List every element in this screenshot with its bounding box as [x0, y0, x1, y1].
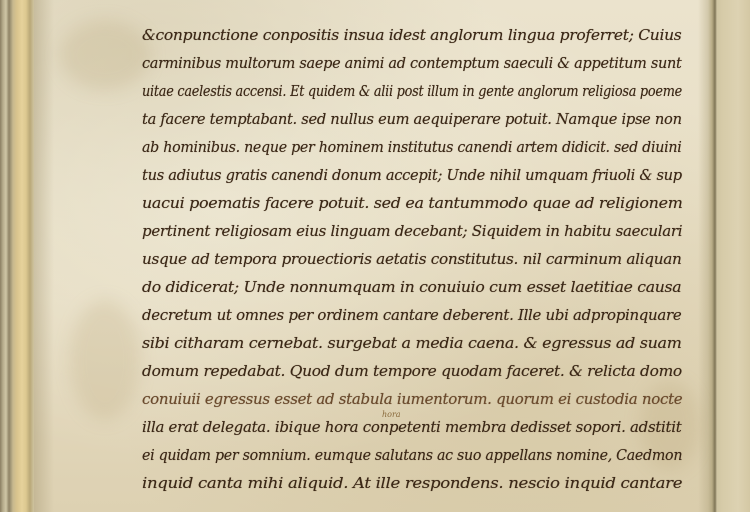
- right-page-gutter: [698, 0, 750, 512]
- manuscript-line: conuiuii egressus esset ad stabula iumen…: [142, 390, 682, 408]
- parchment-stain: [60, 20, 150, 90]
- manuscript-line: illa erat delegata. ibique hora conpeten…: [142, 418, 681, 436]
- manuscript-line: decretum ut omnes per ordinem cantare de…: [142, 306, 681, 324]
- manuscript-line: usque ad tempora prouectioris aetatis co…: [142, 250, 682, 268]
- left-binding-edge: [0, 0, 34, 512]
- manuscript-line: ta facere temptabant. sed nullus eum aeq…: [142, 110, 682, 128]
- manuscript-line: &conpunctione conpositis insua idest ang…: [142, 26, 681, 44]
- manuscript-line: inquid canta mihi aliquid. At ille respo…: [142, 474, 682, 492]
- manuscript-line: pertinent religiosam eius linguam deceba…: [142, 222, 682, 240]
- manuscript-line: domum repedabat. Quod dum tempore quodam…: [142, 362, 682, 380]
- manuscript-photo: &conpunctione conpositis insua idest ang…: [0, 0, 750, 512]
- manuscript-line: do didicerat; Unde nonnumquam in conuiui…: [142, 278, 681, 296]
- manuscript-line: uacui poematis facere potuit. sed ea tan…: [142, 194, 682, 212]
- manuscript-line: sibi citharam cernebat. surgebat a media…: [142, 334, 682, 352]
- manuscript-line: uitae caelestis accensi. Et quidem & ali…: [142, 82, 682, 100]
- manuscript-line: ei quidam per somnium. eumque salutans a…: [142, 446, 682, 464]
- parchment-stain: [70, 300, 140, 420]
- manuscript-line: carminibus multorum saepe animi ad conte…: [142, 54, 682, 72]
- binding-shadow: [34, 0, 54, 512]
- manuscript-line: tus adiutus gratis canendi donum accepit…: [142, 166, 682, 184]
- interlinear-gloss: hora: [382, 410, 401, 419]
- manuscript-line: ab hominibus. neque per hominem institut…: [142, 138, 681, 156]
